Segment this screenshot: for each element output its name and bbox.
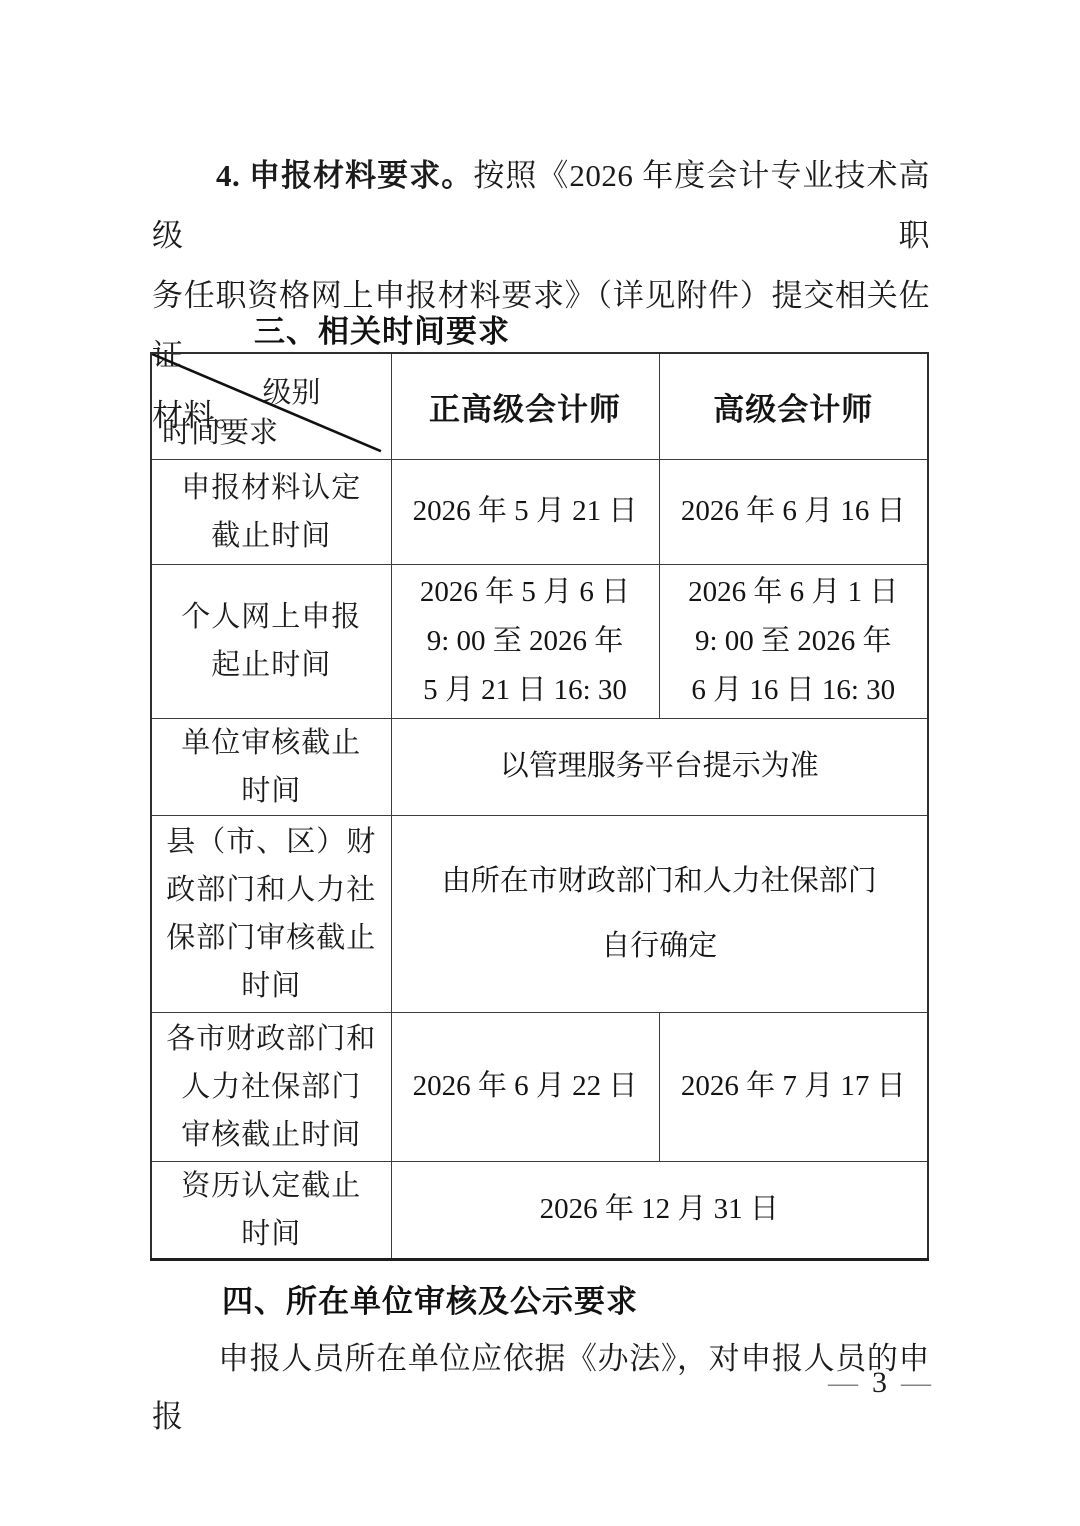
page-number-right-dash: — <box>901 1366 931 1399</box>
schedule-table: 级别 时间要求 正高级会计师 高级会计师 申报材料认定 截止时间 2026 年 … <box>150 352 929 1261</box>
cell-senior-professor-date: 2026 年 5 月 21 日 <box>391 459 659 564</box>
table-row: 申报材料认定 截止时间 2026 年 5 月 21 日 2026 年 6 月 1… <box>151 459 928 564</box>
paragraph-lead-bold: 4. 申报材料要求。 <box>216 158 473 193</box>
cell-senior-professor-date: 2026 年 5 月 6 日 9: 00 至 2026 年 5 月 21 日 1… <box>391 564 659 718</box>
cell-senior-date: 2026 年 6 月 1 日 9: 00 至 2026 年 6 月 16 日 1… <box>659 564 928 718</box>
cell-merged-value: 由所在市财政部门和人力社保部门 自行确定 <box>391 815 928 1012</box>
row-label: 各市财政部门和 人力社保部门 审核截止时间 <box>151 1012 391 1161</box>
row-label: 申报材料认定 截止时间 <box>151 459 391 564</box>
table-row: 县（市、区）财 政部门和人力社 保部门审核截止 时间 由所在市财政部门和人力社保… <box>151 815 928 1012</box>
row-label: 单位审核截止 时间 <box>151 718 391 815</box>
section-heading-time-requirements: 三、相关时间要求 <box>254 306 510 351</box>
table-row: 各市财政部门和 人力社保部门 审核截止时间 2026 年 6 月 22 日 20… <box>151 1012 928 1161</box>
page-number-value: 3 <box>872 1366 887 1399</box>
column-header-senior-professor: 正高级会计师 <box>391 353 659 459</box>
table-row: 单位审核截止 时间 以管理服务平台提示为准 <box>151 718 928 815</box>
section-heading-unit-review: 四、所在单位审核及公示要求 <box>222 1276 638 1321</box>
cell-senior-professor-date: 2026 年 6 月 22 日 <box>391 1012 659 1161</box>
cell-senior-date: 2026 年 6 月 16 日 <box>659 459 928 564</box>
table-row: 资历认定截止 时间 2026 年 12 月 31 日 <box>151 1161 928 1259</box>
row-label: 县（市、区）财 政部门和人力社 保部门审核截止 时间 <box>151 815 391 1012</box>
cell-merged-value: 2026 年 12 月 31 日 <box>391 1161 928 1259</box>
page-number: —3— <box>828 1366 931 1400</box>
table-row: 个人网上申报 起止时间 2026 年 5 月 6 日 9: 00 至 2026 … <box>151 564 928 718</box>
row-label: 资历认定截止 时间 <box>151 1161 391 1259</box>
document-page: 4. 申报材料要求。按照《2026 年度会计专业技术高级职 务任职资格网上申报材… <box>0 0 1080 1526</box>
cell-senior-date: 2026 年 7 月 17 日 <box>659 1012 928 1161</box>
table-header-row: 级别 时间要求 正高级会计师 高级会计师 <box>151 353 928 459</box>
paragraph-line: 4. 申报材料要求。按照《2026 年度会计专业技术高级职 <box>152 146 930 266</box>
cell-merged-value: 以管理服务平台提示为准 <box>391 718 928 815</box>
corner-label-time-requirement: 时间要求 <box>162 410 278 451</box>
diagonal-corner-cell: 级别 时间要求 <box>151 353 391 459</box>
row-label: 个人网上申报 起止时间 <box>151 564 391 718</box>
section-four-paragraph: 申报人员所在单位应依据《办法》，对申报人员的申报 <box>152 1330 930 1446</box>
corner-label-level: 级别 <box>262 370 320 411</box>
column-header-senior: 高级会计师 <box>659 353 928 459</box>
page-number-left-dash: — <box>828 1366 858 1399</box>
